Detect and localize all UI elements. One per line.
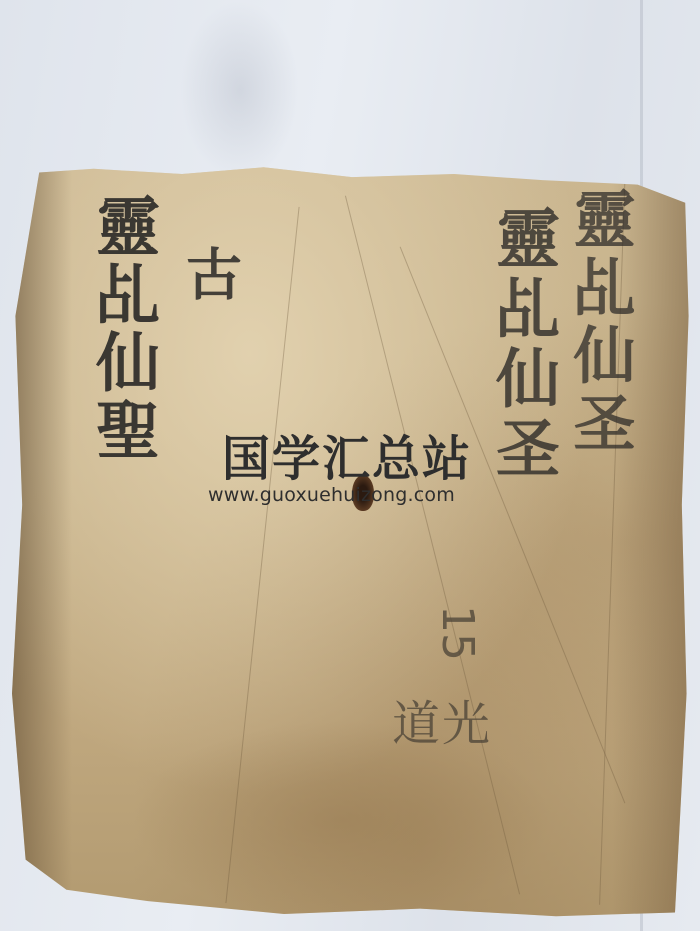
cover-title-right-a: 靈乩仙圣 [490,205,554,485]
pencil-note-number: 15 [432,605,483,661]
manuscript-cover: 靈乩仙聖 古 靈乩仙圣 靈乩仙圣 15 道光 [12,165,692,920]
backdrop-shadow [180,0,300,180]
pencil-note-daoguang: 道光 [392,685,492,754]
left-edge-wear [12,165,72,920]
cover-title-right-b: 靈乩仙圣 [568,187,630,459]
cover-title-left: 靈乩仙聖 [90,193,154,465]
burn-hole [352,475,374,511]
cover-title-prefix: 古 [182,245,238,301]
